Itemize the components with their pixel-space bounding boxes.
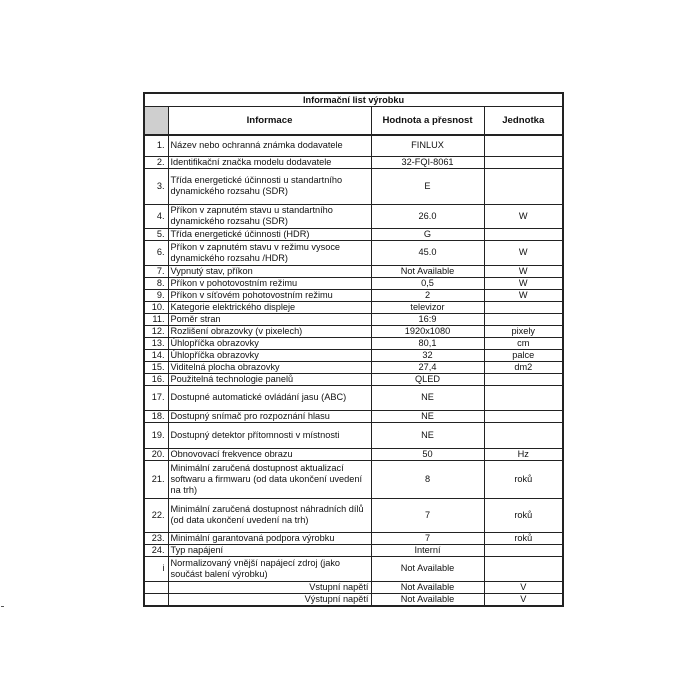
row-information: Dostupný detektor přítomnosti v místnost… (168, 422, 371, 448)
row-number: 6. (144, 240, 168, 265)
row-value: NE (371, 385, 484, 410)
row-information: Úhlopříčka obrazovky (168, 337, 371, 349)
table-row: 13.Úhlopříčka obrazovky80,1cm (144, 337, 563, 349)
row-unit (484, 228, 563, 240)
row-unit (484, 313, 563, 325)
table-row: Výstupní napětíNot AvailableV (144, 593, 563, 606)
row-information: Kategorie elektrického displeje (168, 301, 371, 313)
row-unit: roků (484, 498, 563, 532)
row-information: Dostupný snímač pro rozpoznání hlasu (168, 410, 371, 422)
table-row: 24.Typ napájeníInterní (144, 544, 563, 556)
row-unit: V (484, 581, 563, 593)
column-header-row: Informace Hodnota a přesnost Jednotka (144, 107, 563, 136)
row-number: 15. (144, 361, 168, 373)
row-number: 7. (144, 265, 168, 277)
row-unit: dm2 (484, 361, 563, 373)
row-information: Třída energetické účinnosti (HDR) (168, 228, 371, 240)
row-value: E (371, 168, 484, 204)
table-row: 2.Identifikační značka modelu dodavatele… (144, 156, 563, 168)
row-unit (484, 156, 563, 168)
product-info-table: Informační list výrobku Informace Hodnot… (143, 92, 564, 607)
row-unit: V (484, 593, 563, 606)
row-value: 32-FQI-8061 (371, 156, 484, 168)
row-number: 13. (144, 337, 168, 349)
row-information: Normalizovaný vnější napájecí zdroj (jak… (168, 556, 371, 581)
table-row: 15.Viditelná plocha obrazovky27,4dm2 (144, 361, 563, 373)
table-row: 16.Použitelná technologie panelůQLED (144, 373, 563, 385)
row-number: 5. (144, 228, 168, 240)
column-header-unit: Jednotka (484, 107, 563, 136)
row-value: 45.0 (371, 240, 484, 265)
row-information: Minimální zaručená dostupnost náhradních… (168, 498, 371, 532)
table-row: 18.Dostupný snímač pro rozpoznání hlasuN… (144, 410, 563, 422)
row-information: Poměr stran (168, 313, 371, 325)
row-value: Not Available (371, 265, 484, 277)
row-value: FINLUX (371, 135, 484, 156)
table-row: 22.Minimální zaručená dostupnost náhradn… (144, 498, 563, 532)
row-information: Obnovovací frekvence obrazu (168, 448, 371, 460)
row-information: Použitelná technologie panelů (168, 373, 371, 385)
row-number: 19. (144, 422, 168, 448)
row-value: G (371, 228, 484, 240)
row-value: NE (371, 422, 484, 448)
row-information: Úhlopříčka obrazovky (168, 349, 371, 361)
row-value: televizor (371, 301, 484, 313)
row-information: Výstupní napětí (168, 593, 371, 606)
row-value: 26.0 (371, 204, 484, 228)
row-number: i (144, 556, 168, 581)
row-number: 9. (144, 289, 168, 301)
row-number (144, 581, 168, 593)
row-information: Třída energetické účinnosti u standartní… (168, 168, 371, 204)
row-value: NE (371, 410, 484, 422)
product-information-sheet: Informační list výrobku Informace Hodnot… (143, 92, 562, 607)
column-header-value: Hodnota a přesnost (371, 107, 484, 136)
row-number: 20. (144, 448, 168, 460)
row-number: 16. (144, 373, 168, 385)
table-row: 20.Obnovovací frekvence obrazu50Hz (144, 448, 563, 460)
row-unit: roků (484, 532, 563, 544)
row-number: 14. (144, 349, 168, 361)
row-information: Identifikační značka modelu dodavatele (168, 156, 371, 168)
row-information: Viditelná plocha obrazovky (168, 361, 371, 373)
row-unit: W (484, 277, 563, 289)
table-row: Vstupní napětíNot AvailableV (144, 581, 563, 593)
row-value: 27,4 (371, 361, 484, 373)
row-number: 17. (144, 385, 168, 410)
row-number: 2. (144, 156, 168, 168)
row-value: Not Available (371, 581, 484, 593)
row-unit (484, 373, 563, 385)
row-unit: roků (484, 460, 563, 498)
row-information: Dostupné automatické ovládání jasu (ABC) (168, 385, 371, 410)
row-value: QLED (371, 373, 484, 385)
table-row: 1.Název nebo ochranná známka dodavateleF… (144, 135, 563, 156)
row-number: 21. (144, 460, 168, 498)
table-row: 10.Kategorie elektrického displejetelevi… (144, 301, 563, 313)
table-row: 3.Třída energetické účinnosti u standart… (144, 168, 563, 204)
row-value: 80,1 (371, 337, 484, 349)
table-row: 12.Rozlišení obrazovky (v pixelech)1920x… (144, 325, 563, 337)
column-header-information: Informace (168, 107, 371, 136)
row-number: 24. (144, 544, 168, 556)
row-information: Příkon v zapnutém stavu u standartního d… (168, 204, 371, 228)
row-value: 32 (371, 349, 484, 361)
row-number: 22. (144, 498, 168, 532)
row-unit: Hz (484, 448, 563, 460)
row-information: Typ napájení (168, 544, 371, 556)
table-row: 8.Příkon v pohotovostním režimu0,5W (144, 277, 563, 289)
row-unit: cm (484, 337, 563, 349)
row-unit: W (484, 289, 563, 301)
row-unit (484, 544, 563, 556)
row-information: Minimální zaručená dostupnost aktualizac… (168, 460, 371, 498)
row-value: Not Available (371, 593, 484, 606)
row-unit (484, 422, 563, 448)
row-information: Vstupní napětí (168, 581, 371, 593)
row-information: Rozlišení obrazovky (v pixelech) (168, 325, 371, 337)
row-value: 2 (371, 289, 484, 301)
row-value: Interní (371, 544, 484, 556)
row-value: 7 (371, 532, 484, 544)
row-unit (484, 301, 563, 313)
table-row: 17.Dostupné automatické ovládání jasu (A… (144, 385, 563, 410)
row-value: 7 (371, 498, 484, 532)
table-row: 4.Příkon v zapnutém stavu u standartního… (144, 204, 563, 228)
row-unit (484, 385, 563, 410)
column-header-number (144, 107, 168, 136)
row-information: Příkon v zapnutém stavu v režimu vysoce … (168, 240, 371, 265)
row-unit: W (484, 240, 563, 265)
row-unit: palce (484, 349, 563, 361)
table-row: 21.Minimální zaručená dostupnost aktuali… (144, 460, 563, 498)
row-unit (484, 556, 563, 581)
row-value: 0,5 (371, 277, 484, 289)
stray-mark (1, 606, 4, 607)
row-number: 8. (144, 277, 168, 289)
table-row: 19.Dostupný detektor přítomnosti v místn… (144, 422, 563, 448)
row-number: 11. (144, 313, 168, 325)
row-number: 12. (144, 325, 168, 337)
table-row: 7.Vypnutý stav, příkonNot AvailableW (144, 265, 563, 277)
row-information: Název nebo ochranná známka dodavatele (168, 135, 371, 156)
table-body: 1.Název nebo ochranná známka dodavateleF… (144, 135, 563, 606)
table-row: 11.Poměr stran16:9 (144, 313, 563, 325)
row-information: Minimální garantovaná podpora výrobku (168, 532, 371, 544)
row-unit: W (484, 204, 563, 228)
row-number (144, 593, 168, 606)
table-row: 23.Minimální garantovaná podpora výrobku… (144, 532, 563, 544)
row-number: 4. (144, 204, 168, 228)
row-value: 16:9 (371, 313, 484, 325)
table-row: iNormalizovaný vnější napájecí zdroj (ja… (144, 556, 563, 581)
row-unit (484, 168, 563, 204)
row-number: 18. (144, 410, 168, 422)
row-unit (484, 135, 563, 156)
row-information: Příkon v pohotovostním režimu (168, 277, 371, 289)
row-unit (484, 410, 563, 422)
row-value: 8 (371, 460, 484, 498)
row-information: Příkon v síťovém pohotovostním režimu (168, 289, 371, 301)
table-title-row: Informační list výrobku (144, 93, 563, 107)
row-unit: W (484, 265, 563, 277)
table-row: 14.Úhlopříčka obrazovky32palce (144, 349, 563, 361)
row-value: 50 (371, 448, 484, 460)
row-information: Vypnutý stav, příkon (168, 265, 371, 277)
row-unit: pixely (484, 325, 563, 337)
row-number: 23. (144, 532, 168, 544)
table-row: 6.Příkon v zapnutém stavu v režimu vysoc… (144, 240, 563, 265)
table-row: 5.Třída energetické účinnosti (HDR)G (144, 228, 563, 240)
table-title: Informační list výrobku (144, 93, 563, 107)
row-number: 1. (144, 135, 168, 156)
row-number: 10. (144, 301, 168, 313)
row-value: 1920x1080 (371, 325, 484, 337)
row-number: 3. (144, 168, 168, 204)
table-row: 9.Příkon v síťovém pohotovostním režimu2… (144, 289, 563, 301)
row-value: Not Available (371, 556, 484, 581)
